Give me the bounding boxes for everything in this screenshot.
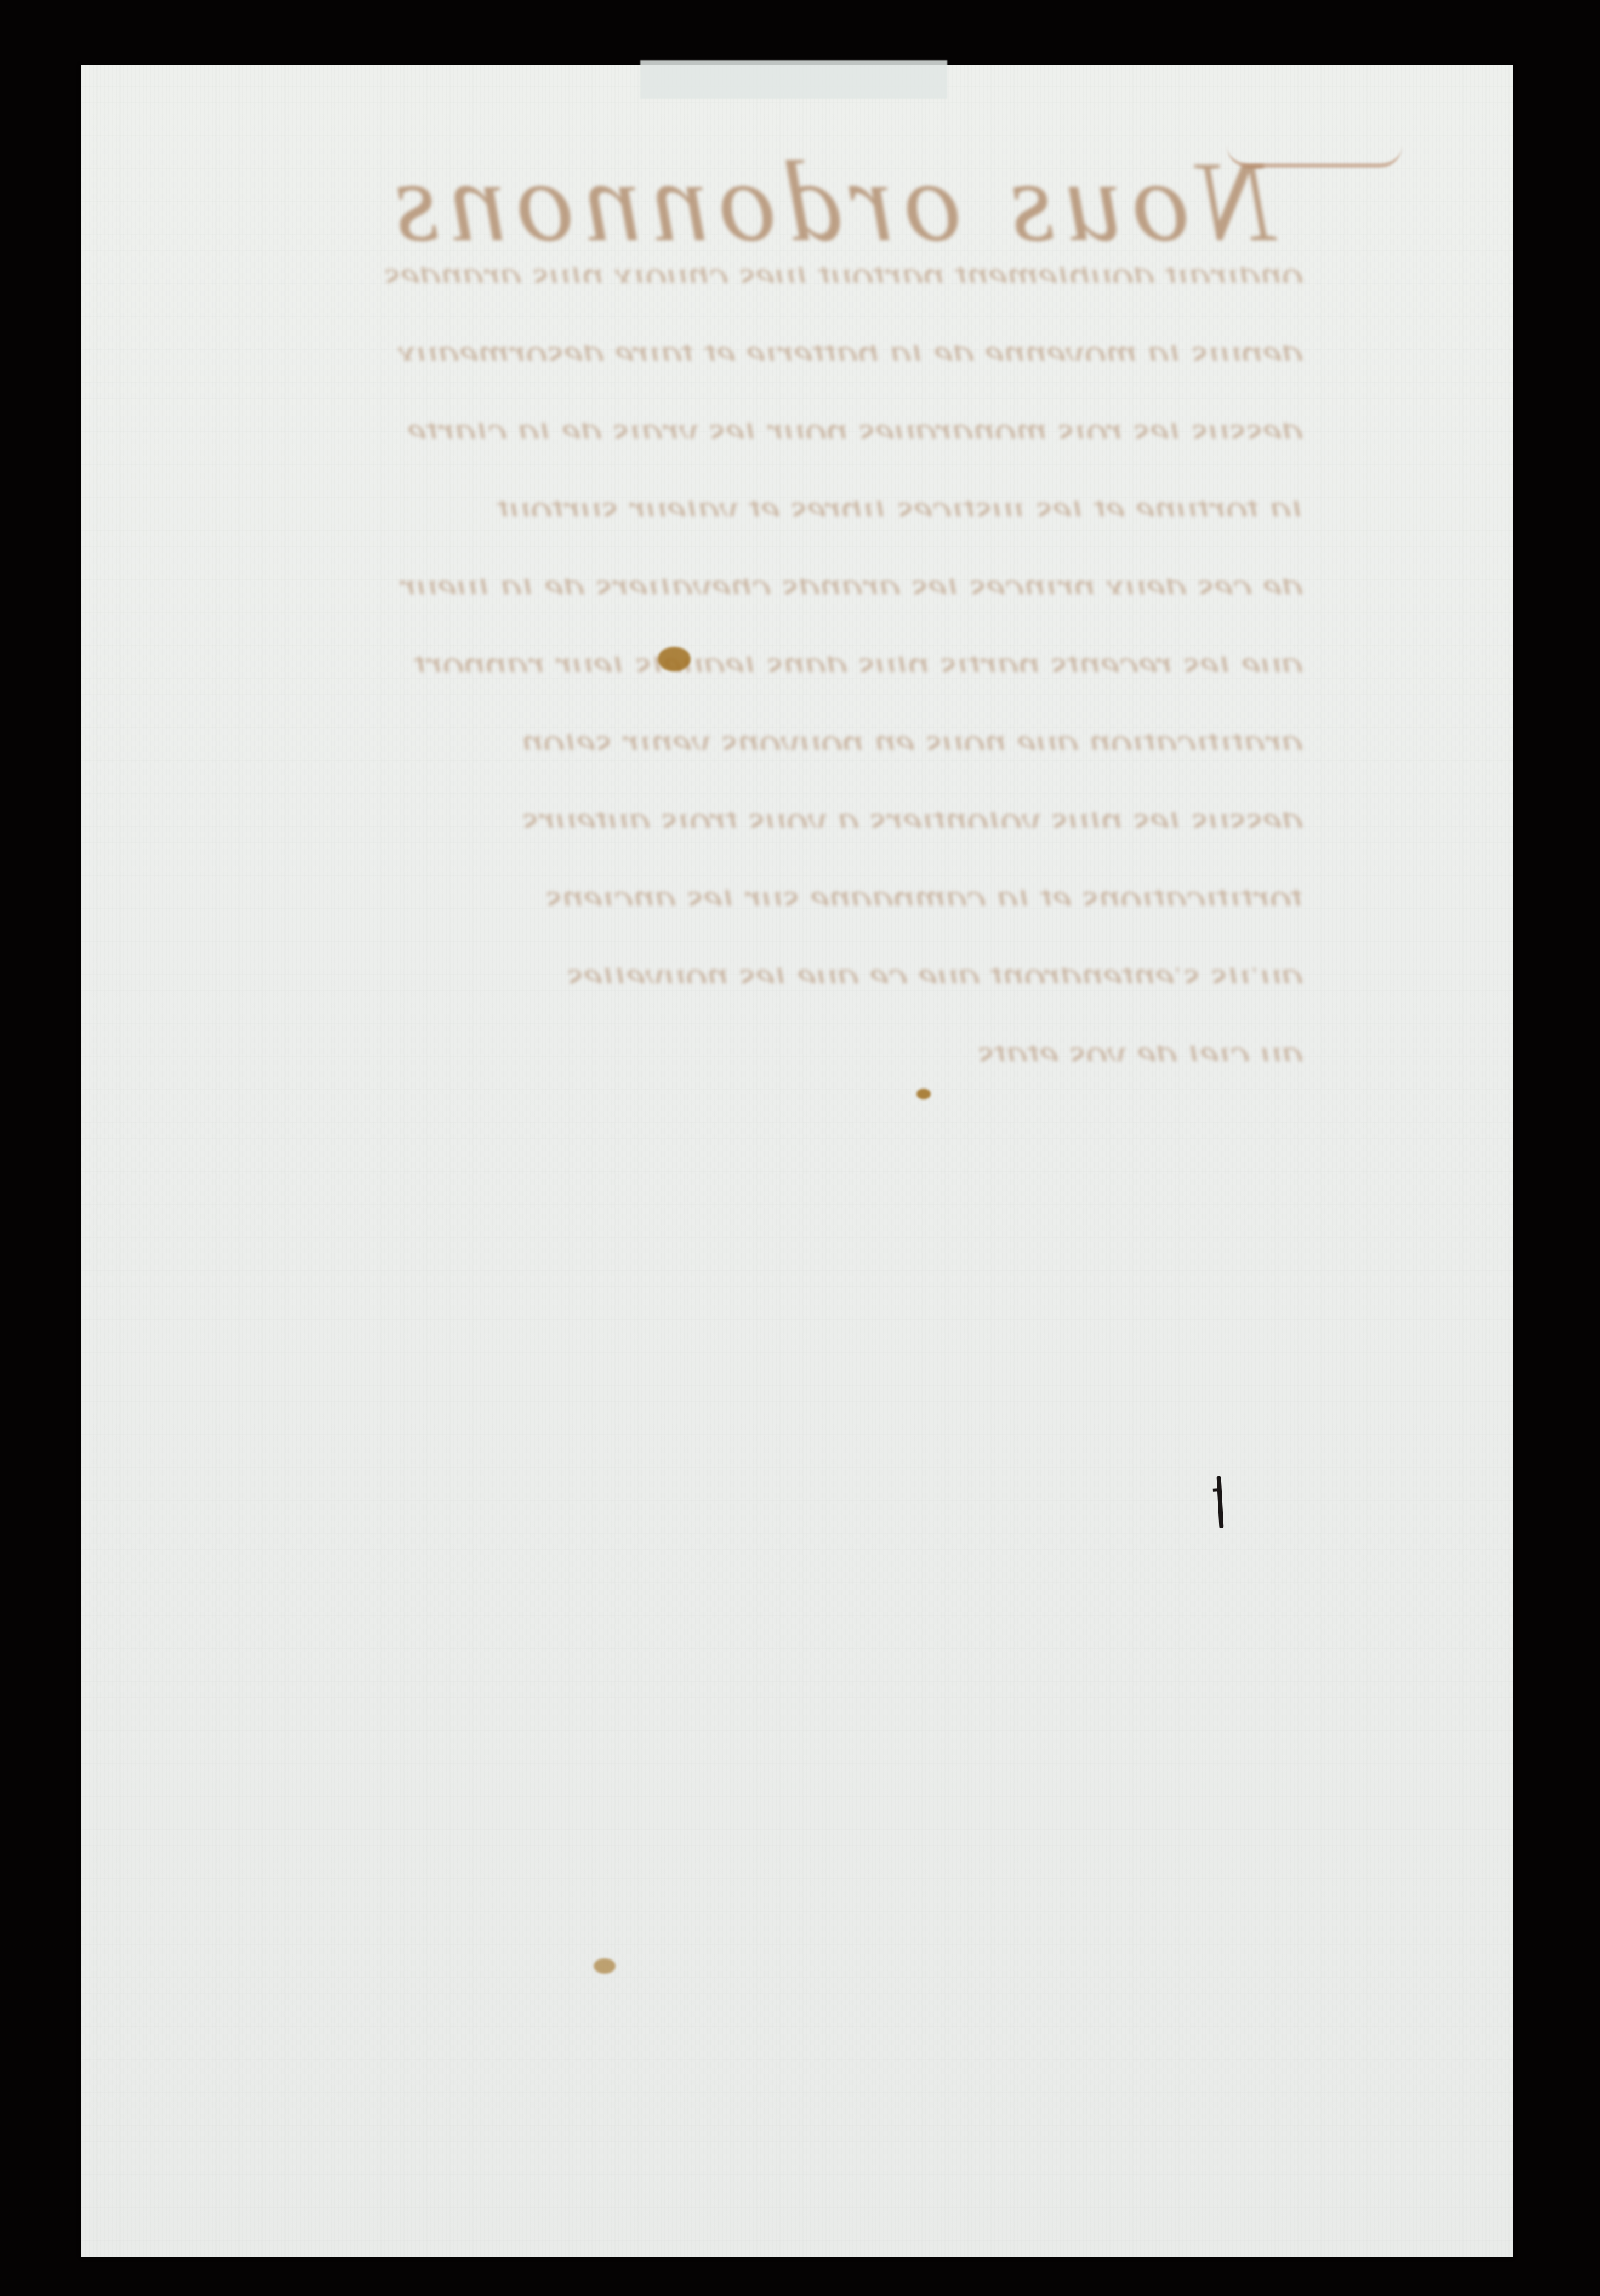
ink-stain xyxy=(594,1958,616,1974)
tape-strip xyxy=(640,60,947,99)
ink-stain xyxy=(916,1089,931,1099)
bleed-line: gratification que nous en pouvons venir … xyxy=(125,734,1303,750)
bleedthrough-text-block: ondirait doublement partout lues chuoix … xyxy=(125,267,1303,1201)
heading-bleedthrough: Nous ordonnons xyxy=(207,136,1276,262)
bleed-line xyxy=(125,1124,1303,1139)
bleed-line: ondirait doublement partout lues chuoix … xyxy=(125,267,1303,283)
ink-stain xyxy=(658,647,691,671)
paper-sheet: Nous ordonnons ondirait doublement parto… xyxy=(81,65,1513,2257)
bleed-line: que les recents partis plus dans lequels… xyxy=(125,657,1303,672)
bleed-line: dessus les rois monarques pour les vrais… xyxy=(125,423,1303,438)
bleed-line: de ces deux princes les grands chevalier… xyxy=(125,579,1303,594)
bleed-line: depuis la moyenne de la batterie et fair… xyxy=(125,345,1303,361)
bleed-line: dessus les plus volontiers a vous trois … xyxy=(125,812,1303,828)
corner-annotation xyxy=(1227,130,1402,168)
bleed-line: qu'ils s'entendront que ce que les nouve… xyxy=(125,968,1303,983)
bleed-line: fortifications et la campagne sur les an… xyxy=(125,890,1303,905)
bleed-line: au ciel de vos etats xyxy=(125,1046,1303,1061)
bleed-line: la fortune et les justices libres et val… xyxy=(125,501,1303,516)
